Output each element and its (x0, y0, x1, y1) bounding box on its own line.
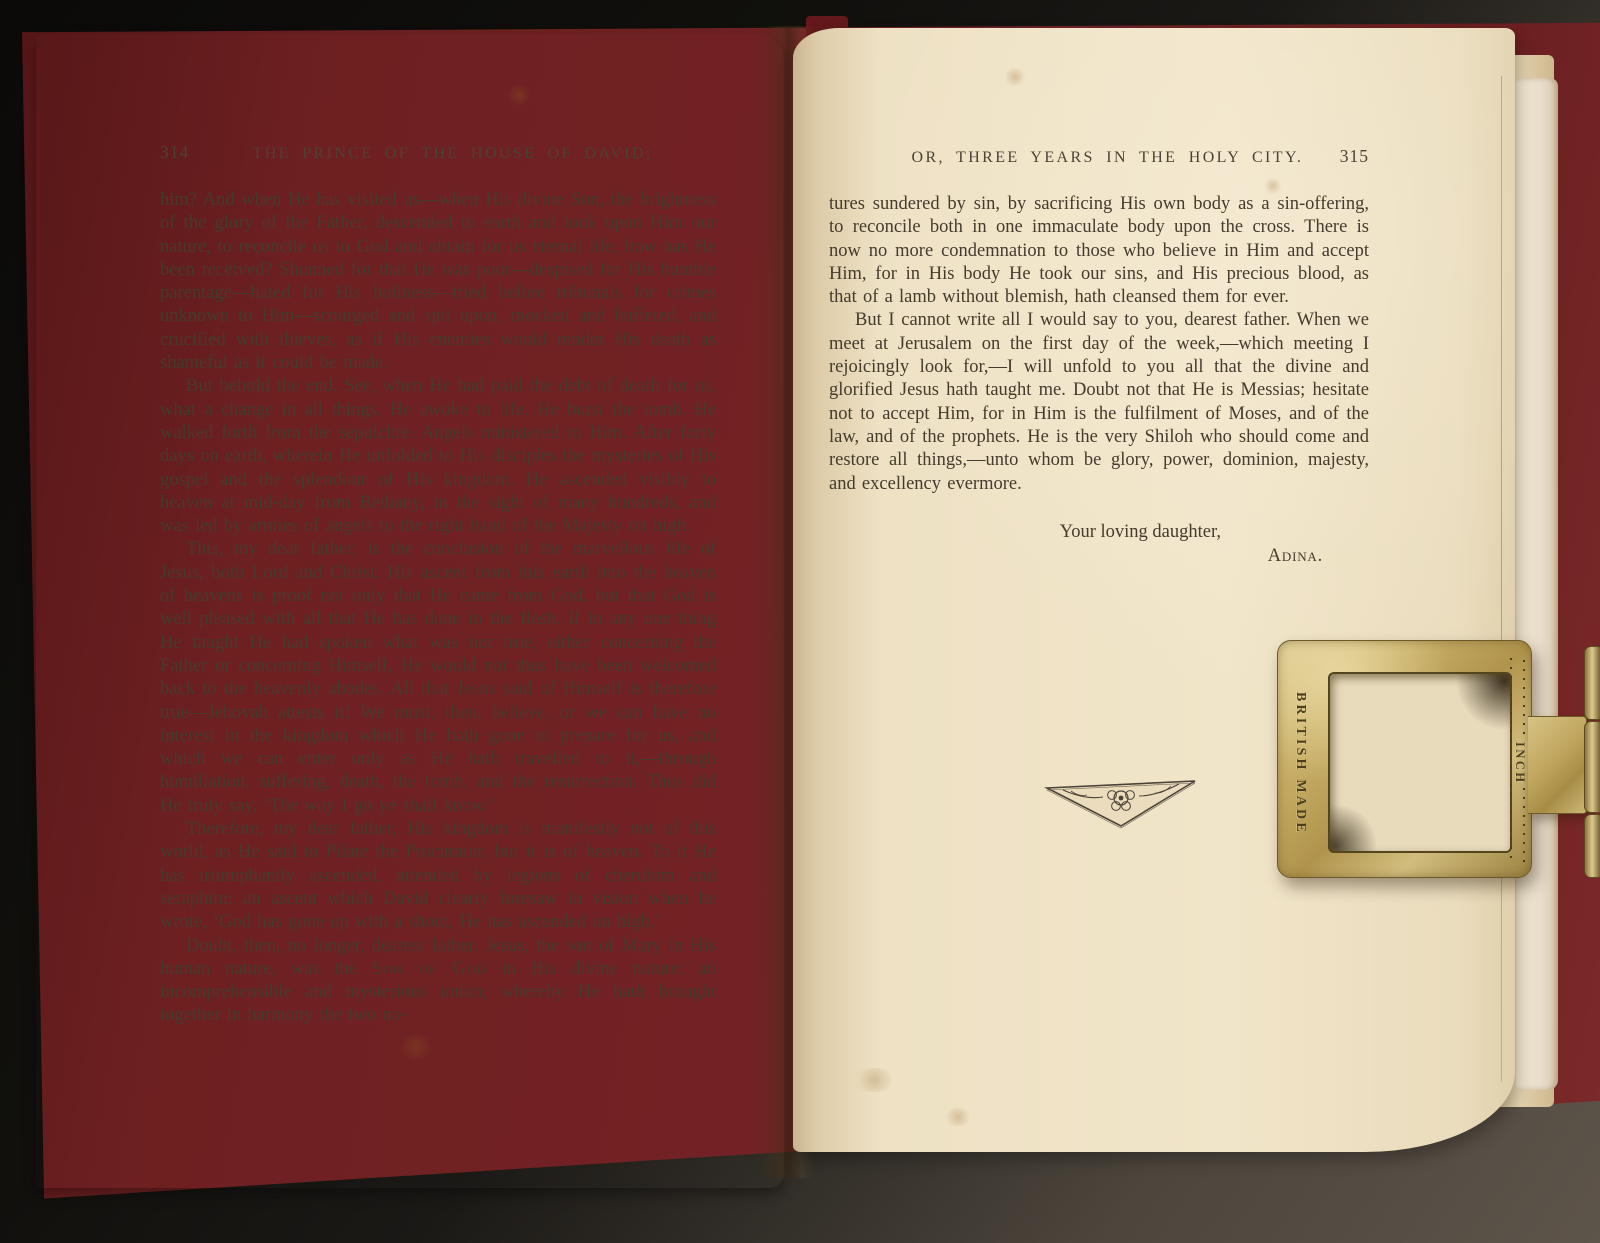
signature-line: Your loving daughter, (829, 520, 1369, 544)
hinge-knuckle (1584, 646, 1600, 720)
left-running-header: THE PRINCE OF THE HOUSE OF DAVID; (189, 145, 716, 163)
foxing-spot (396, 1034, 436, 1060)
clasp-engraving-british-made: BRITISH MADE (1292, 692, 1308, 835)
foxing-spot (943, 1108, 973, 1126)
book-paragraph: Therefore, my dear father, His kingdom i… (160, 818, 716, 934)
clasp-opening (1328, 672, 1512, 853)
book-paragraph: But I cannot write all I would say to yo… (829, 309, 1369, 495)
left-page-text: him? And when He has visited us—when His… (160, 189, 716, 1028)
small-caps-text: Son of God (372, 959, 487, 979)
book-paragraph: But behold the end. See, when He had pai… (160, 375, 716, 538)
clasp-engraving-inch: INCH (1512, 742, 1527, 785)
clasp-hinge (1584, 646, 1600, 876)
hinge-knuckle (1584, 721, 1600, 813)
foxing-spot (506, 84, 532, 106)
brass-clasp-frame (1277, 640, 1532, 878)
letter-signature: Your loving daughter, Adina. (829, 520, 1369, 568)
foxing-spot (853, 1068, 897, 1092)
signature-name: Adina. (829, 544, 1369, 568)
book-paragraph: tures sundered by sin, by sacrificing Hi… (829, 193, 1369, 309)
right-page-text: tures sundered by sin, by sacrificing Hi… (829, 193, 1369, 496)
inch-scale-dots (1510, 658, 1512, 863)
left-page-header: 314 THE PRINCE OF THE HOUSE OF DAVID; (160, 142, 716, 163)
endpaper-edge (1516, 78, 1558, 1090)
photo-of-open-book: 314 THE PRINCE OF THE HOUSE OF DAVID; hi… (0, 0, 1600, 1243)
book-paragraph: Doubt, then, no longer, dearest father. … (160, 935, 716, 1028)
foxing-spot (1263, 178, 1283, 194)
book-paragraph: him? And when He has visited us—when His… (160, 189, 716, 375)
foxing-spot (1003, 68, 1027, 86)
inch-scale-dots (1523, 660, 1525, 738)
book-paragraph: This, my dear father, is the conclusion … (160, 538, 716, 818)
right-page: OR, THREE YEARS IN THE HOLY CITY. 315 tu… (793, 28, 1515, 1152)
inch-scale-dots (1523, 788, 1525, 866)
floral-triangle-ornament-icon (1041, 764, 1201, 834)
left-page-number: 314 (160, 142, 189, 163)
hinge-knuckle (1584, 814, 1600, 878)
right-running-header: OR, THREE YEARS IN THE HOLY CITY. (875, 149, 1340, 167)
clasp-tongue (1528, 716, 1587, 814)
right-page-header: OR, THREE YEARS IN THE HOLY CITY. 315 (829, 146, 1369, 167)
left-page: 314 THE PRINCE OF THE HOUSE OF DAVID; hi… (36, 34, 784, 1188)
right-page-number: 315 (1340, 146, 1369, 167)
